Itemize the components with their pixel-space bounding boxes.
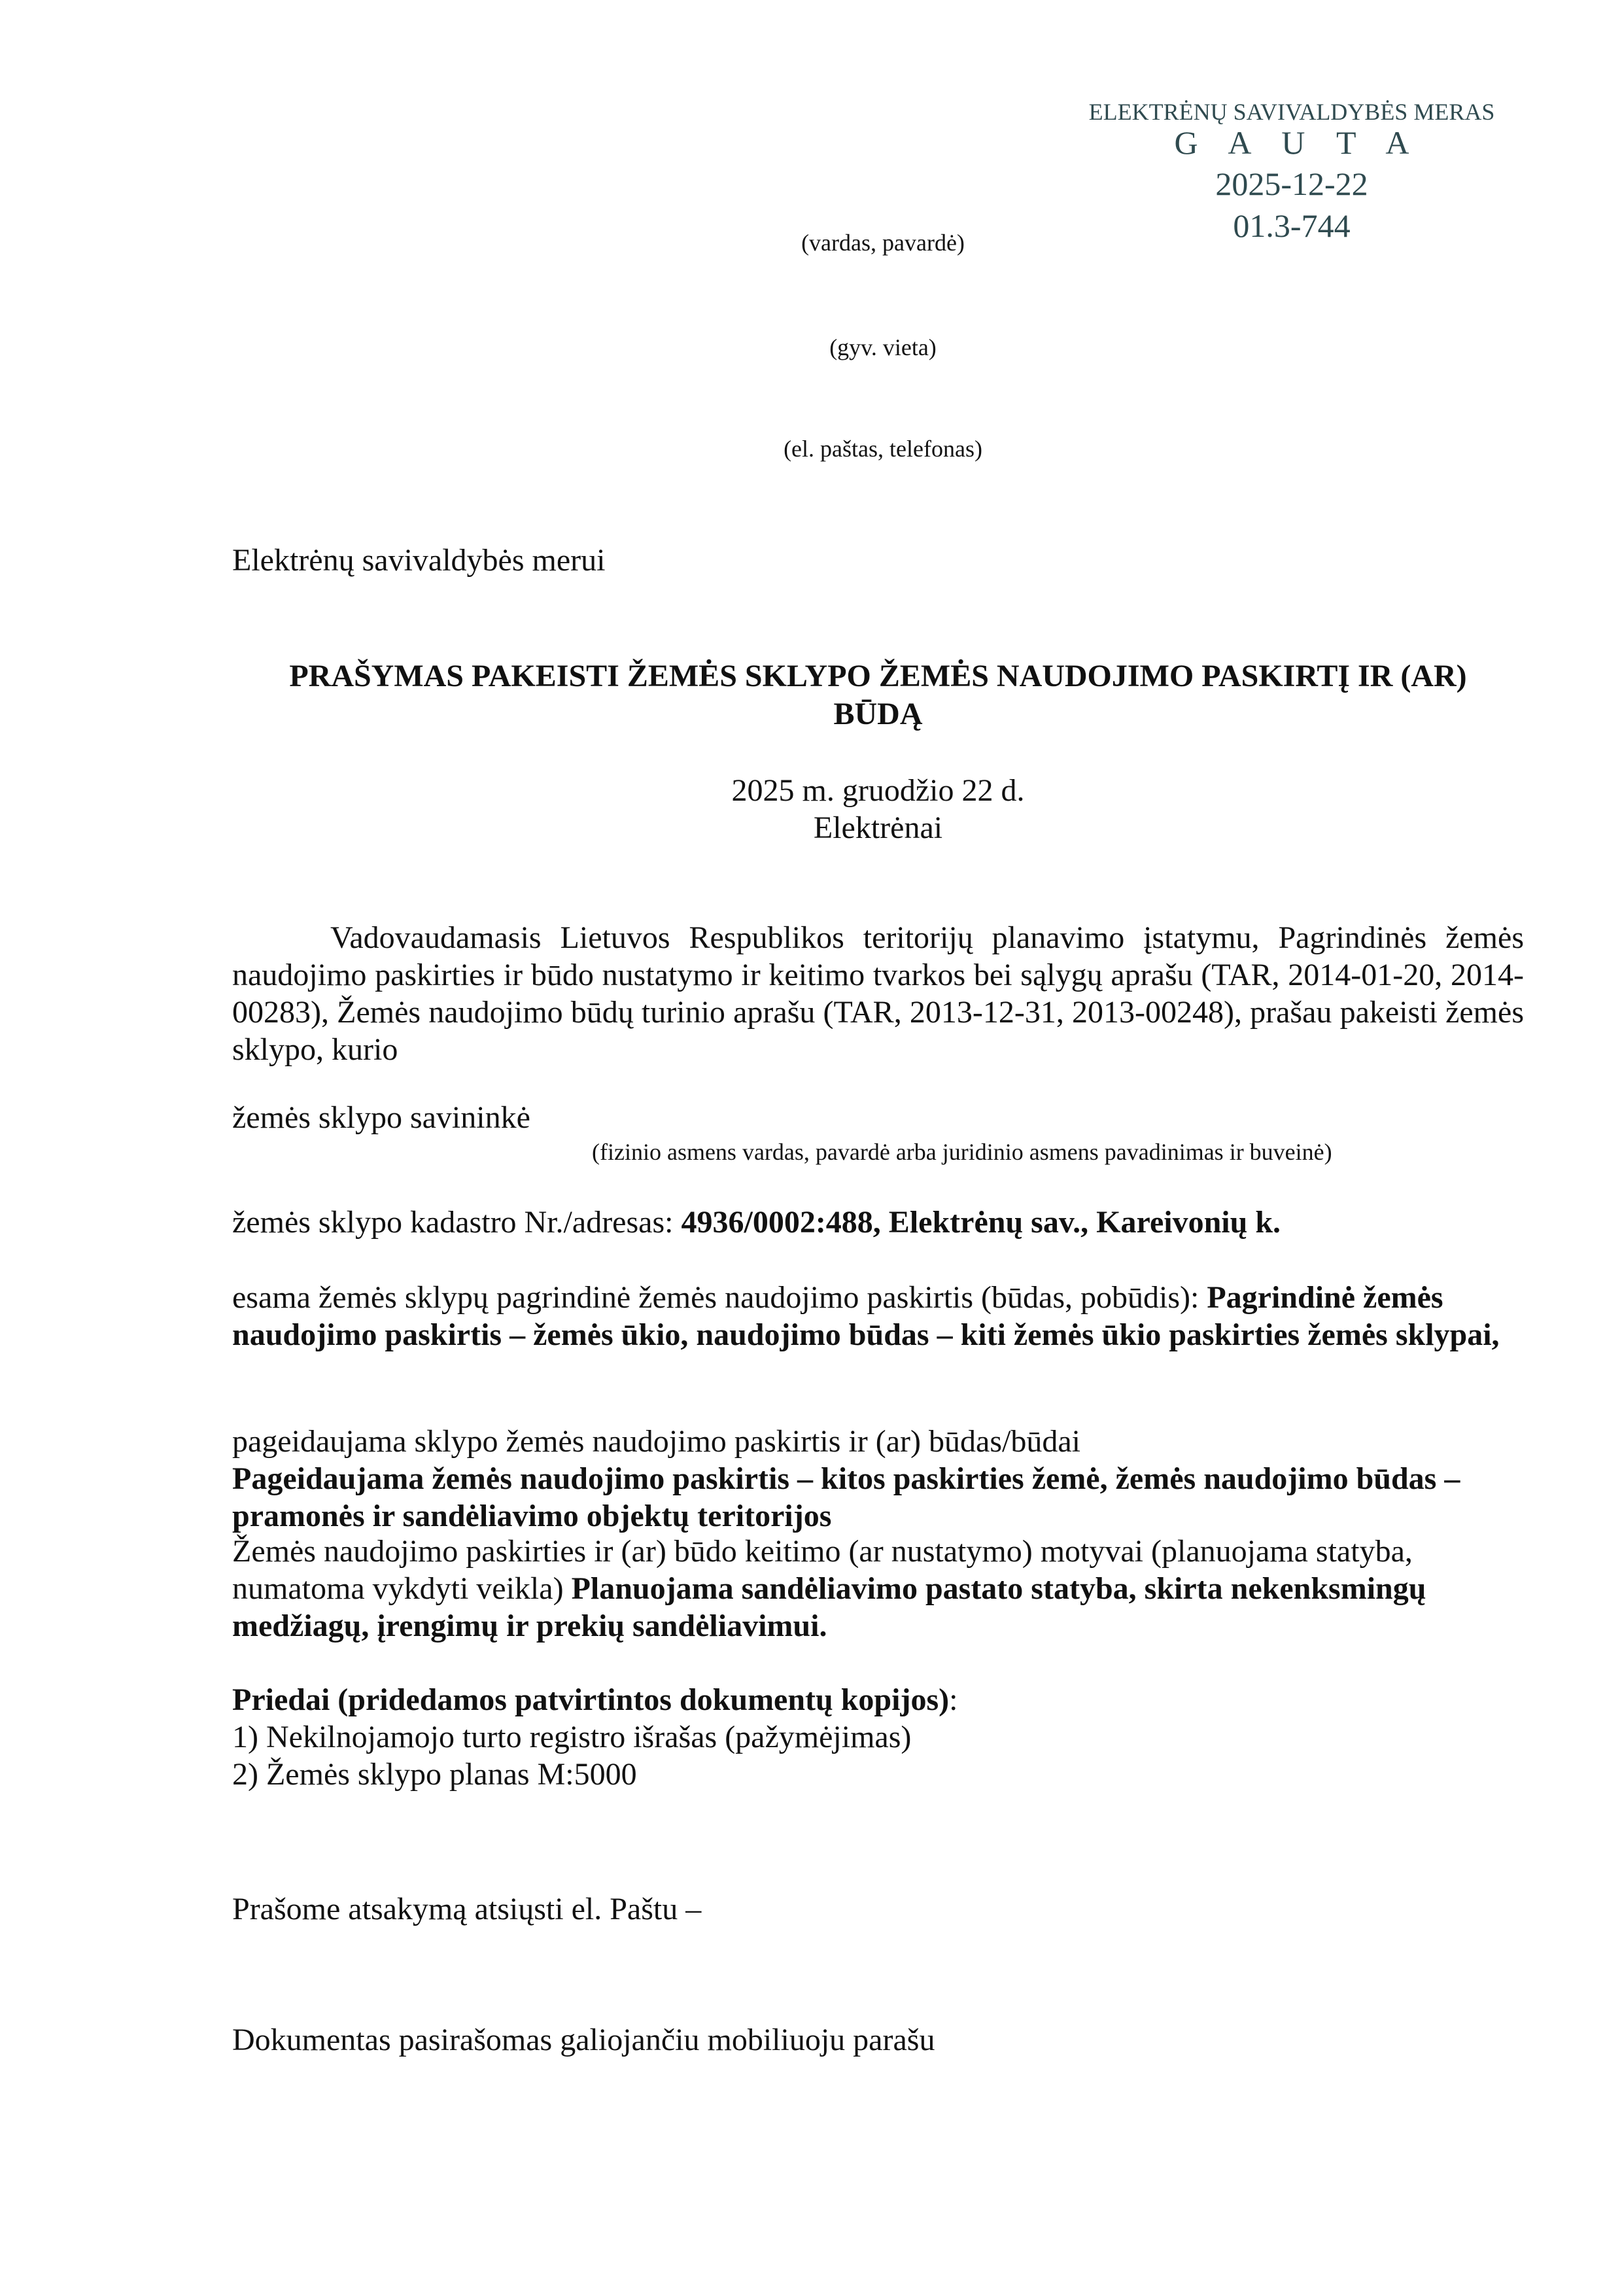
- owner-caption: (fizinio asmens vardas, pavardė arba jur…: [592, 1138, 1332, 1166]
- change-motives: Žemės naudojimo paskirties ir (ar) būdo …: [232, 1533, 1524, 1644]
- document-place: Elektrėnai: [232, 809, 1524, 846]
- current-purpose-label: esama žemės sklypų pagrindinė žemės naud…: [232, 1280, 1207, 1315]
- current-purpose: esama žemės sklypų pagrindinė žemės naud…: [232, 1279, 1524, 1353]
- attachment-item: 2) Žemės sklypo planas M:5000: [232, 1756, 1524, 1793]
- attachments-heading-suffix: :: [949, 1682, 958, 1717]
- registration-stamp: ELEKTRĖNŲ SAVIVALDYBĖS MERAS G A U T A 2…: [1046, 98, 1537, 246]
- cadastre-label: žemės sklypo kadastro Nr./adresas:: [232, 1205, 681, 1240]
- stamp-registration-number: 01.3-744: [1046, 205, 1537, 246]
- addressee: Elektrėnų savivaldybės merui: [232, 542, 606, 579]
- stamp-status: G A U T A: [1058, 126, 1537, 160]
- intro-paragraph: Vadovaudamasis Lietuvos Respublikos teri…: [232, 919, 1524, 1068]
- applicant-contact-caption: (el. paštas, telefonas): [654, 435, 1112, 462]
- owner-label: žemės sklypo savininkė: [232, 1099, 530, 1136]
- attachments-heading-line: Priedai (pridedamos patvirtintos dokumen…: [232, 1681, 1524, 1718]
- cadastre-line: žemės sklypo kadastro Nr./adresas: 4936/…: [232, 1204, 1281, 1241]
- document-title-line1: PRAŠYMAS PAKEISTI ŽEMĖS SKLYPO ŽEMĖS NAU…: [232, 657, 1524, 695]
- requested-purpose-value: Pageidaujama žemės naudojimo paskirtis –…: [232, 1460, 1524, 1535]
- applicant-name-caption: (vardas, pavardė): [654, 229, 1112, 256]
- document-date: 2025 m. gruodžio 22 d.: [232, 772, 1524, 809]
- signature-note: Dokumentas pasirašomas galiojančiu mobil…: [232, 2021, 935, 2059]
- stamp-date: 2025-12-22: [1046, 162, 1537, 205]
- attachments-section: Priedai (pridedamos patvirtintos dokumen…: [232, 1681, 1524, 1793]
- stamp-organization: ELEKTRĖNŲ SAVIVALDYBĖS MERAS: [1046, 98, 1537, 126]
- document-title: PRAŠYMAS PAKEISTI ŽEMĖS SKLYPO ŽEMĖS NAU…: [232, 657, 1524, 733]
- reply-request: Prašome atsakymą atsiųsti el. Paštu –: [232, 1890, 701, 1928]
- requested-purpose-label: pageidaujama sklypo žemės naudojimo pask…: [232, 1423, 1524, 1460]
- applicant-residence-caption: (gyv. vieta): [654, 334, 1112, 361]
- attachments-heading: Priedai (pridedamos patvirtintos dokumen…: [232, 1682, 949, 1717]
- attachment-item: 1) Nekilnojamojo turto registro išrašas …: [232, 1718, 1524, 1756]
- cadastre-value: 4936/0002:488, Elektrėnų sav., Kareivoni…: [681, 1205, 1281, 1240]
- document-title-line2: BŪDĄ: [232, 695, 1524, 733]
- requested-purpose: pageidaujama sklypo žemės naudojimo pask…: [232, 1423, 1524, 1535]
